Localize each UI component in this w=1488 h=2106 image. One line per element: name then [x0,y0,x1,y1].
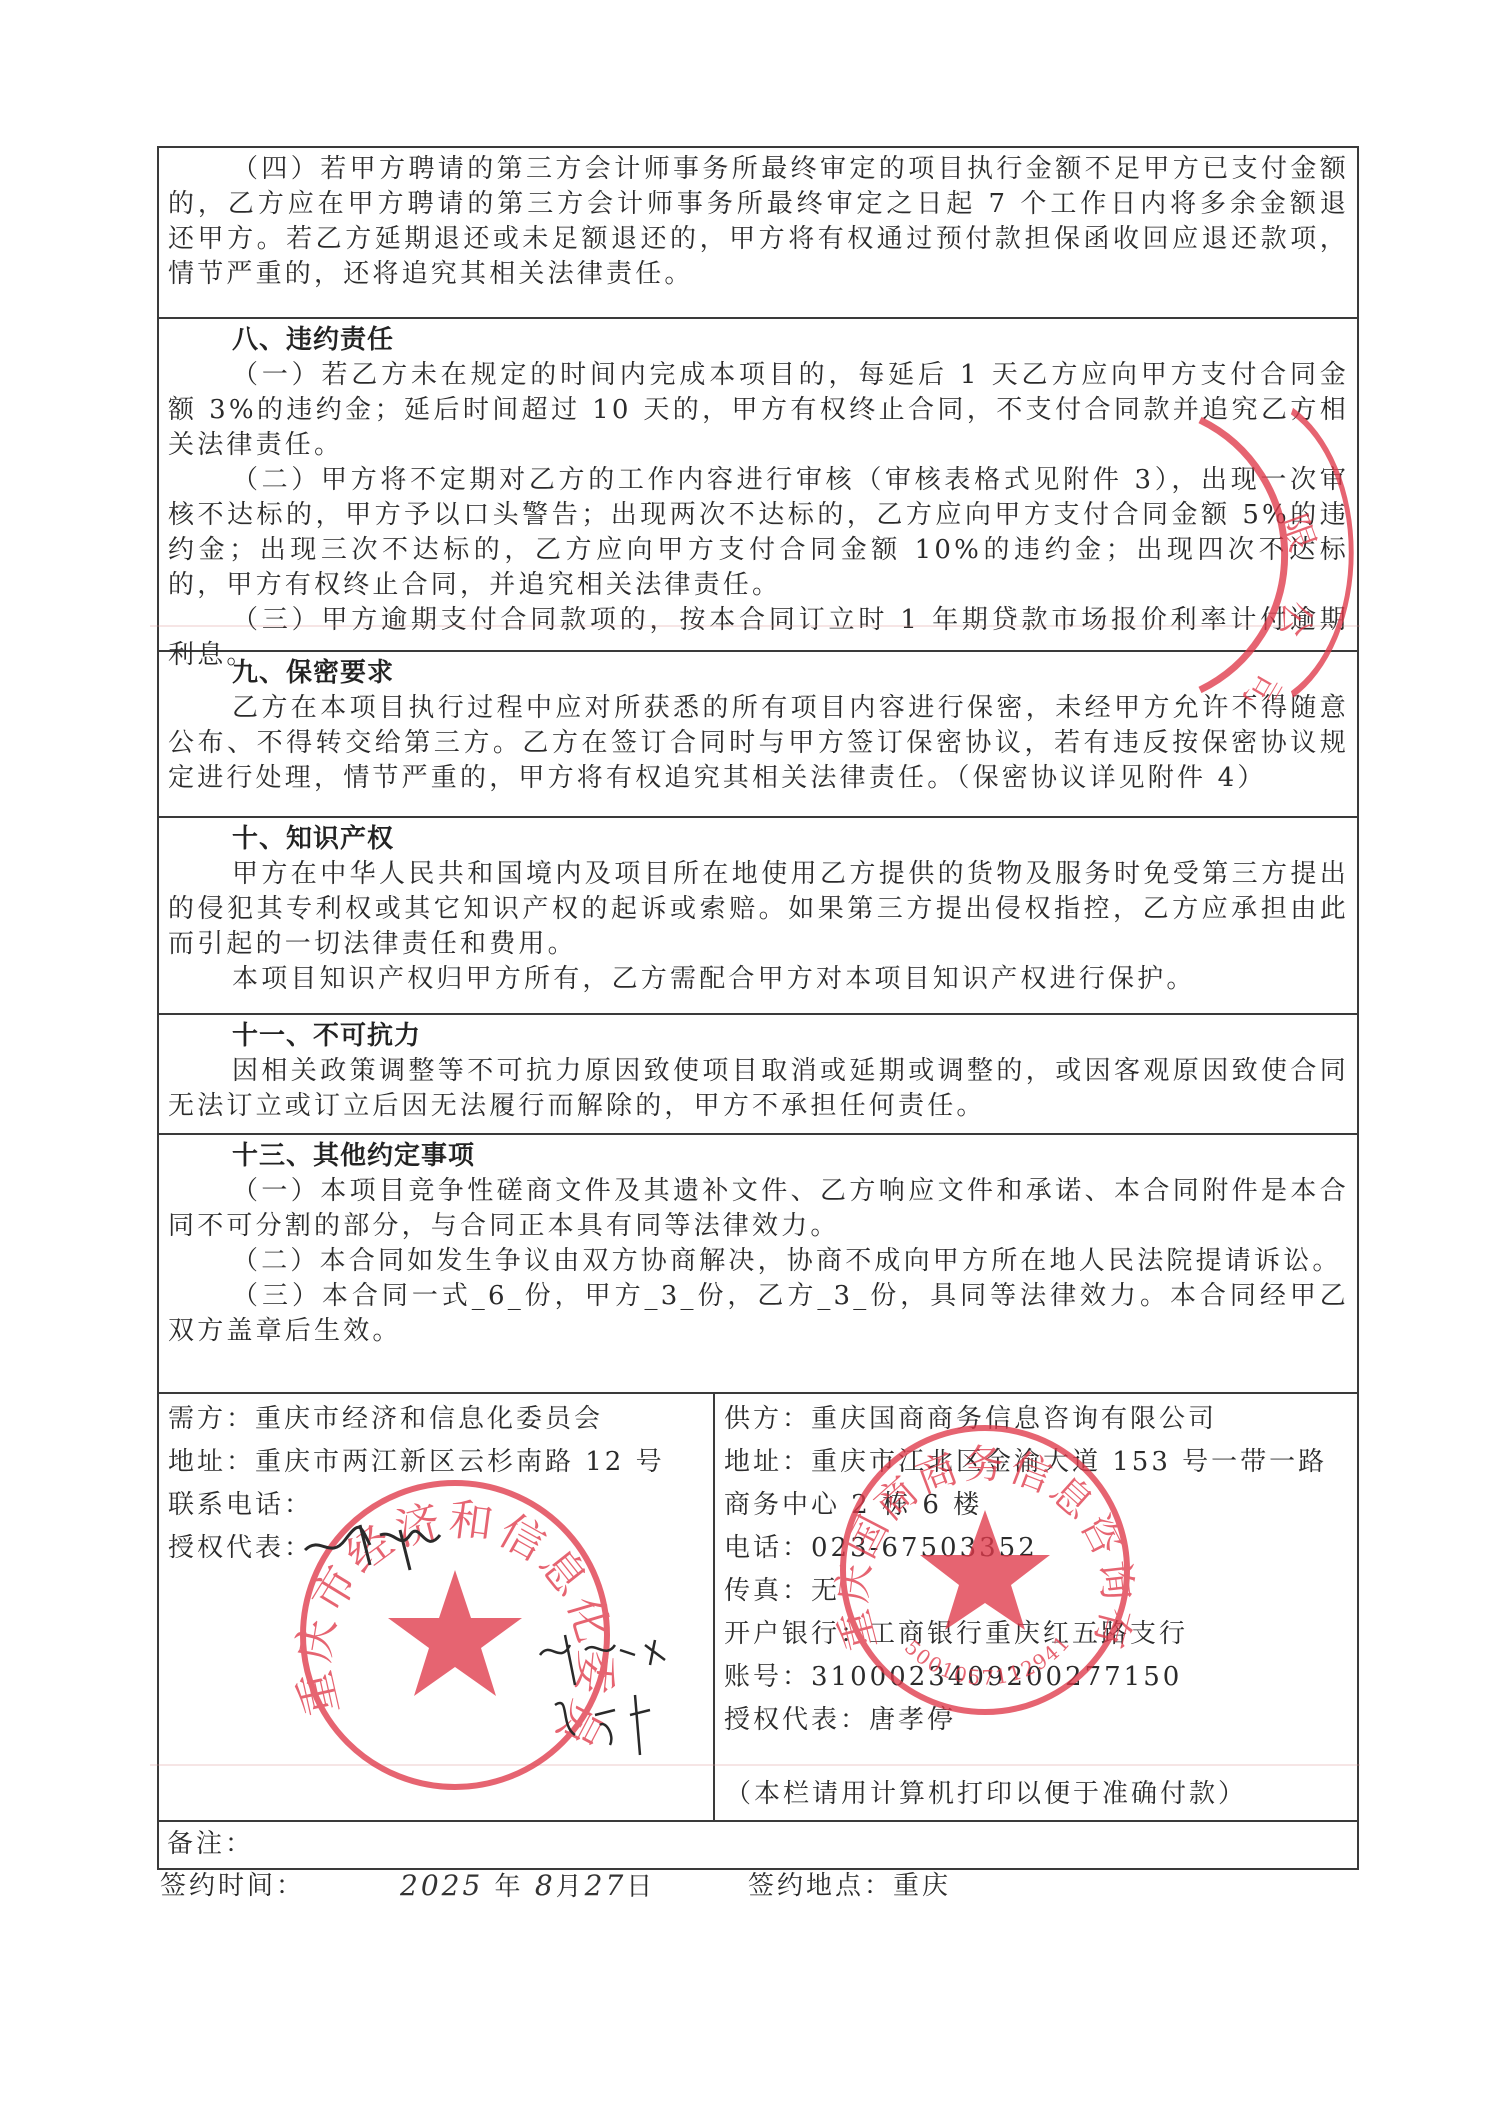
scan-artifact-line [150,1764,1360,1766]
handwritten-day: 27 [585,1869,627,1902]
section-confidentiality: 九、保密要求 乙方在本项目执行过程中应对所获悉的所有项目内容进行保密，未经甲方允… [159,652,1357,818]
buyer-info: 需方：重庆市经济和信息化委员会 地址：重庆市两江新区云杉南路 12 号 联系电话… [159,1394,715,1820]
signature-block: 需方：重庆市经济和信息化委员会 地址：重庆市两江新区云杉南路 12 号 联系电话… [159,1394,1357,1822]
supplier-representative: 授权代表：唐孝停 [724,1699,1349,1742]
clause-paragraph: （二）本合同如发生争议由双方协商解决，协商不成向甲方所在地人民法院提请诉讼。 [168,1244,1349,1279]
supplier-address: 地址：重庆市江北区金渝大道 153 号一带一路 [724,1441,1349,1484]
buyer-phone: 联系电话： [168,1484,705,1527]
signing-place-value: 重庆 [893,1871,951,1901]
month-suffix: 月 [556,1872,585,1902]
section-heading: 十一、不可抗力 [168,1019,1349,1054]
supplier-fax: 传真：无 [724,1570,1349,1613]
supplier-info: 供方：重庆国商商务信息咨询有限公司 地址：重庆市江北区金渝大道 153 号一带一… [715,1394,1357,1820]
remarks-label: 备注： [167,1829,254,1859]
section-heading: 八、违约责任 [168,323,1349,358]
contract-table: （四）若甲方聘请的第三方会计师事务所最终审定的项目执行金额不足甲方已支付金额的，… [157,146,1359,1870]
remarks-row: 备注： [159,1822,1357,1868]
clause-paragraph: 本项目知识产权归甲方所有，乙方需配合甲方对本项目知识产权进行保护。 [168,962,1349,997]
section-heading: 九、保密要求 [168,656,1349,691]
supplier-bank: 开户银行：工商银行重庆红五路支行 [724,1613,1349,1656]
supplier-account: 账号：310002340920027715​0 [724,1656,1349,1699]
signing-place-label: 签约地点： [748,1871,893,1901]
section-intellectual-property: 十、知识产权 甲方在中华人民共和国境内及项目所在地使用乙方提供的货物及服务时免受… [159,818,1357,1015]
clause-paragraph: （二）甲方将不定期对乙方的工作内容进行审核（审核表格式见附件 3），出现一次审核… [168,463,1349,603]
clause-paragraph: 甲方在中华人民共和国境内及项目所在地使用乙方提供的货物及服务时免受第三方提出的侵… [168,857,1349,962]
buyer-representative: 授权代表： [168,1527,705,1570]
section-force-majeure: 十一、不可抗力 因相关政策调整等不可抗力原因致使项目取消或延期或调整的，或因客观… [159,1015,1357,1135]
clause-paragraph: （三）本合同一式_6_份，甲方_3_份，乙方_3_份，具同等法律效力。本合同经甲… [168,1279,1349,1349]
scan-artifact-line [150,625,1360,627]
section-breach-liability: 八、违约责任 （一）若乙方未在规定的时间内完成本项目的，每延后 1 天乙方应向甲… [159,319,1357,652]
clause-7-4-section: （四）若甲方聘请的第三方会计师事务所最终审定的项目执行金额不足甲方已支付金额的，… [159,148,1357,319]
signing-date: 2025 年 8月27日 [400,1866,655,1907]
signing-place: 签约地点：重庆 [748,1866,951,1906]
clause-paragraph: （一）若乙方未在规定的时间内完成本项目的，每延后 1 天乙方应向甲方支付合同金额… [168,358,1349,463]
handwritten-month: 8 [535,1869,556,1902]
clause-paragraph: 乙方在本项目执行过程中应对所获悉的所有项目内容进行保密，未经甲方允许不得随意公布… [168,691,1349,796]
buyer-name: 需方：重庆市经济和信息化委员会 [168,1398,705,1441]
signing-time-label: 签约时间： [160,1866,305,1906]
year-suffix: 年 [495,1872,524,1902]
print-note: （本栏请用计算机打印以便于准确付款） [725,1774,1247,1814]
clause-paragraph: 因相关政策调整等不可抗力原因致使项目取消或延期或调整的，或因客观原因致使合同无法… [168,1054,1349,1124]
section-heading: 十、知识产权 [168,822,1349,857]
contract-page: （四）若甲方聘请的第三方会计师事务所最终审定的项目执行金额不足甲方已支付金额的，… [0,0,1488,2106]
section-heading: 十三、其他约定事项 [168,1139,1349,1174]
handwritten-year: 2025 [400,1869,483,1902]
buyer-address: 地址：重庆市两江新区云杉南路 12 号 [168,1441,705,1484]
clause-paragraph: （四）若甲方聘请的第三方会计师事务所最终审定的项目执行金额不足甲方已支付金额的，… [168,152,1349,292]
supplier-address-cont: 商务中心 2 栋 6 楼 [724,1484,1349,1527]
clause-paragraph: （一）本项目竞争性磋商文件及其遗补文件、乙方响应文件和承诺、本合同附件是本合同不… [168,1174,1349,1244]
supplier-name: 供方：重庆国商商务信息咨询有限公司 [724,1398,1349,1441]
day-suffix: 日 [626,1872,655,1902]
supplier-phone: 电话：023-67503352 [724,1527,1349,1570]
section-other-terms: 十三、其他约定事项 （一）本项目竞争性磋商文件及其遗补文件、乙方响应文件和承诺、… [159,1135,1357,1394]
